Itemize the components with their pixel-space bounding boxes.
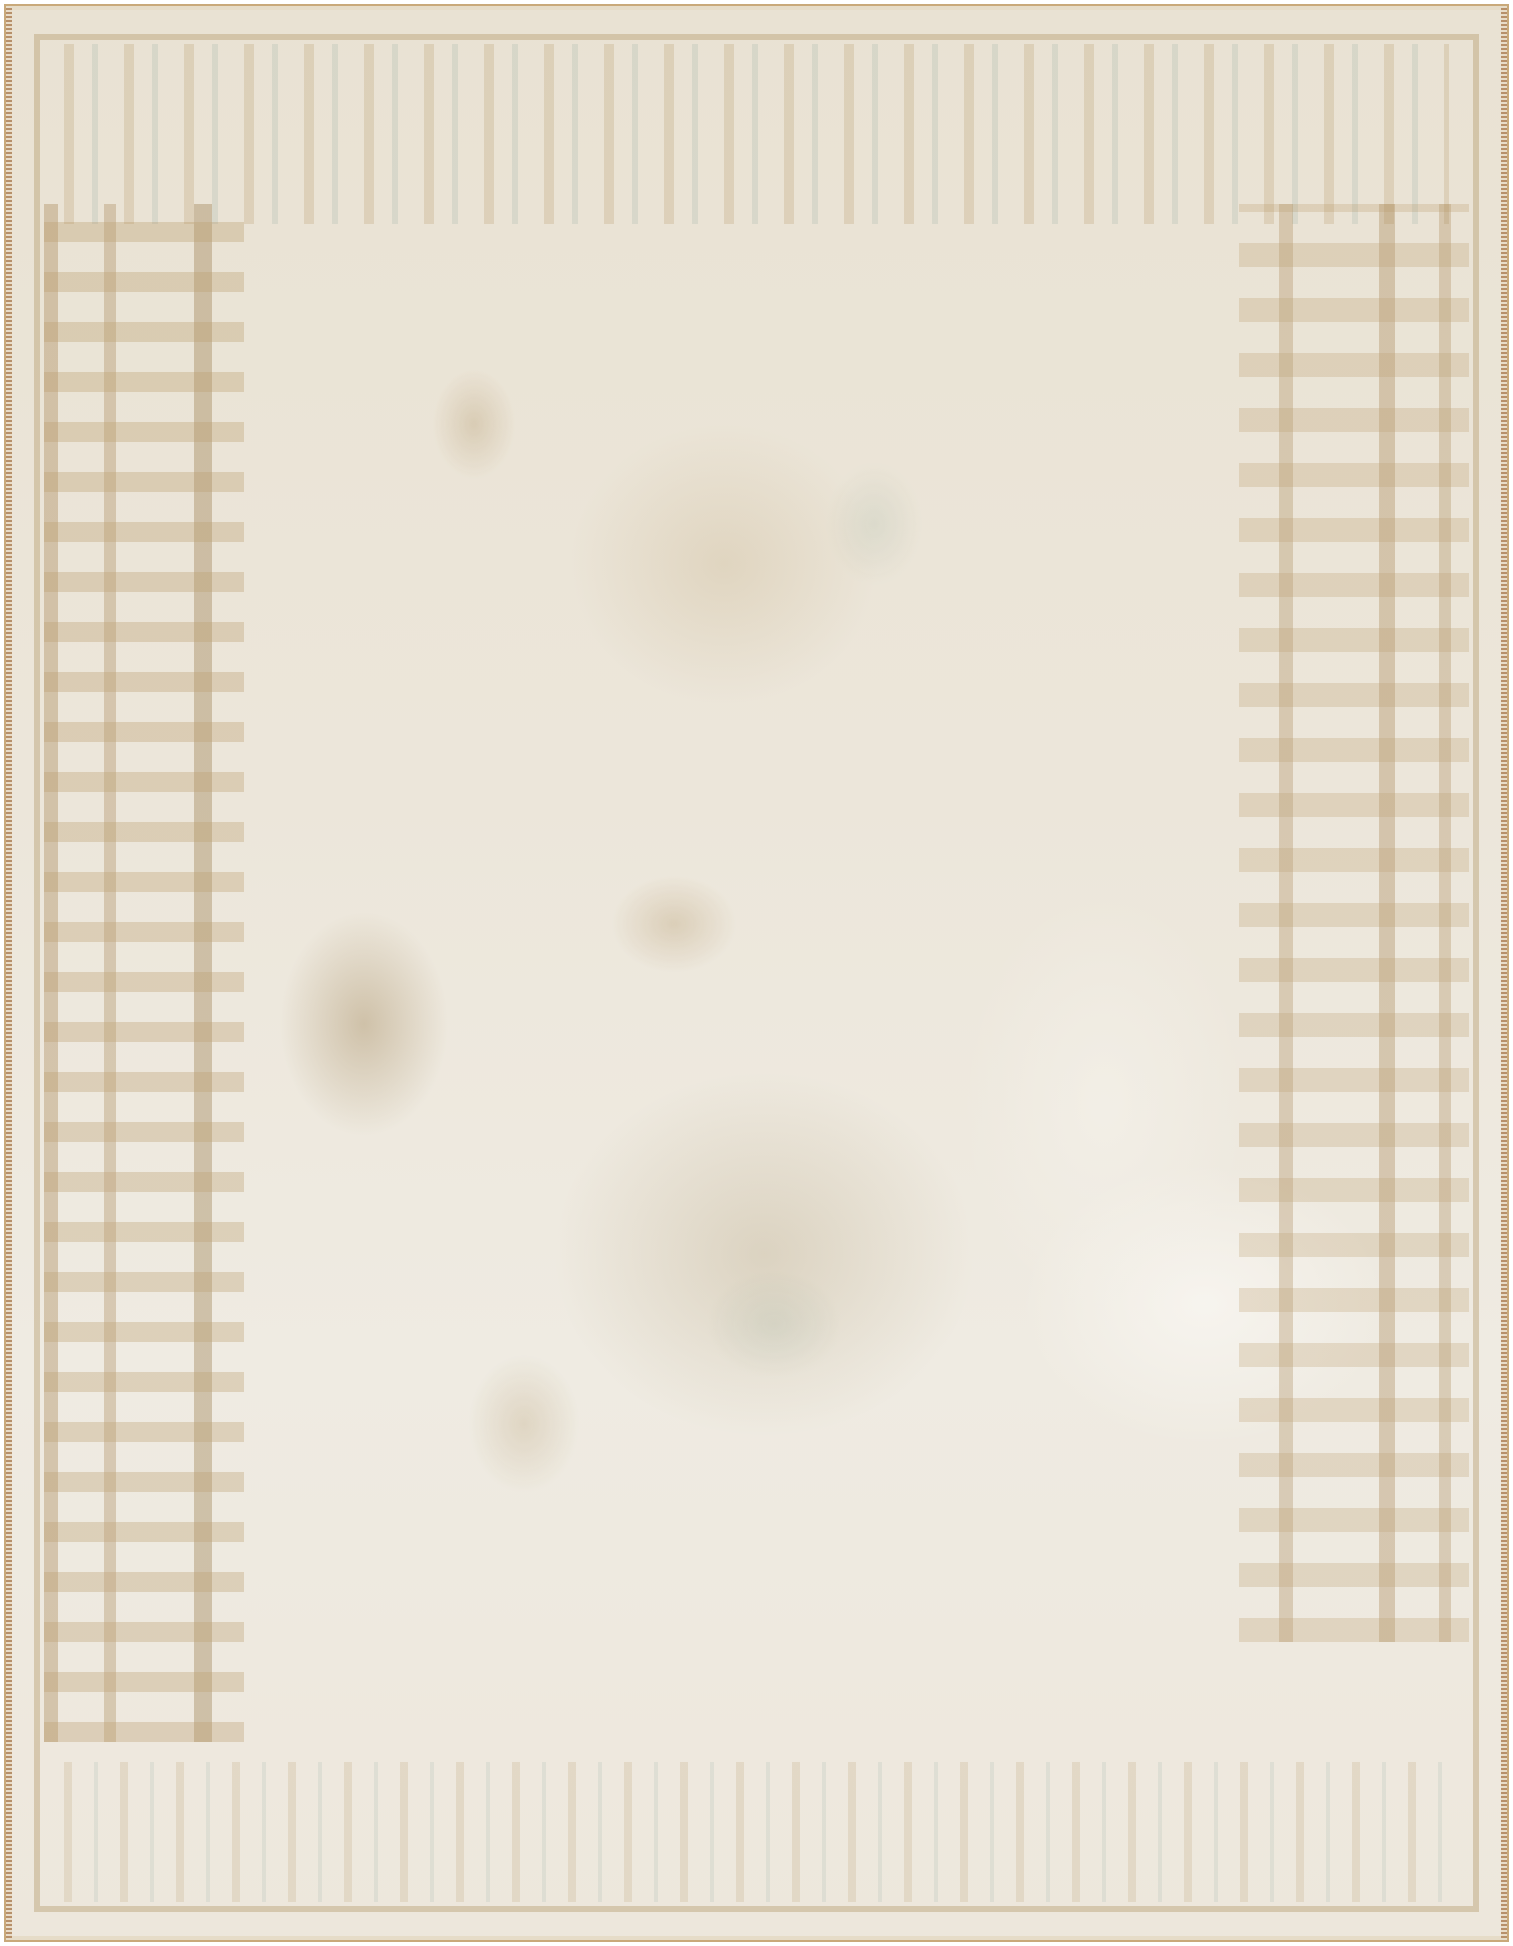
rug-left-border-band	[44, 204, 244, 1742]
rug-right-border-band	[1239, 204, 1469, 1642]
rug-bottom-border-band	[64, 1762, 1449, 1902]
rug-left-edge-binding	[6, 8, 12, 1938]
rug-center-field	[274, 224, 1229, 1722]
rug-top-border-band	[64, 44, 1449, 224]
rug-right-edge-binding	[1501, 8, 1507, 1938]
rug-photo	[4, 4, 1509, 1942]
